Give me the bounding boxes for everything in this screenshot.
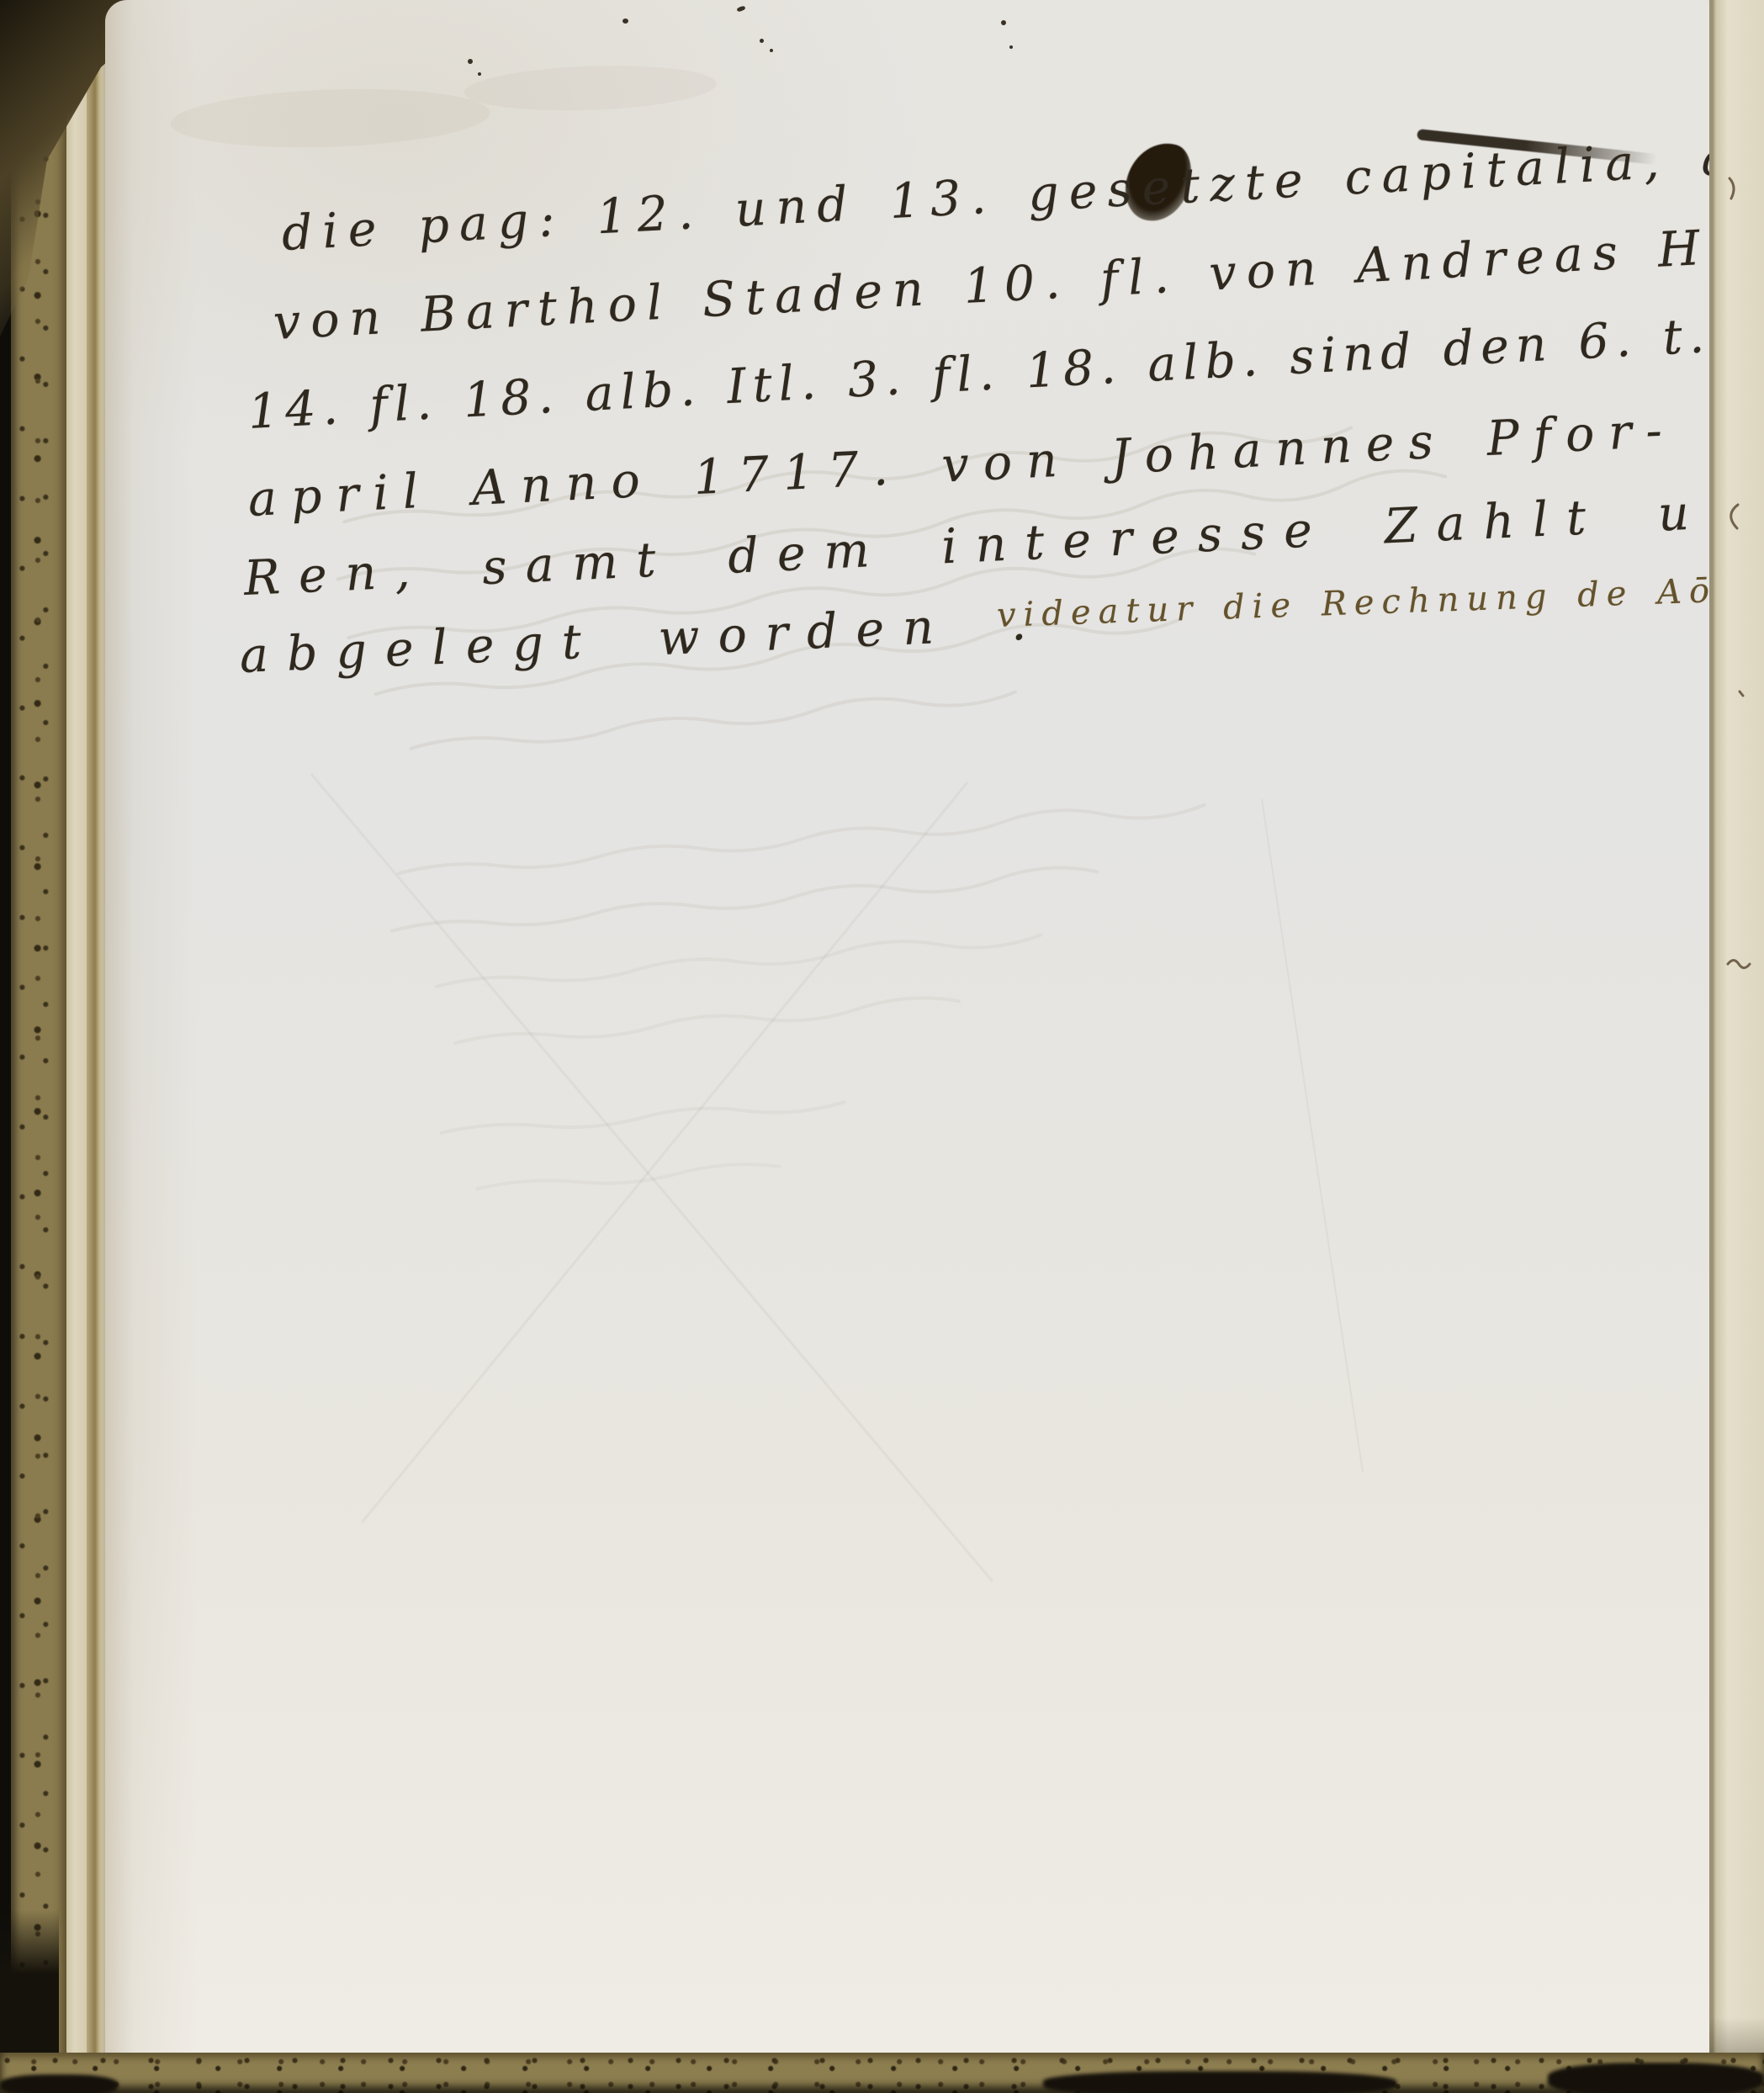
- adjacent-page-edge: [1709, 0, 1764, 2093]
- ink-speck: [468, 59, 473, 64]
- cover-stain: [0, 2074, 118, 2093]
- manuscript-scan: die pag: 12. und 13. gesetzte capitalia,…: [0, 0, 1764, 2093]
- ink-speck: [622, 19, 628, 24]
- cover-bottom-edge: [0, 2053, 1764, 2093]
- edge-pen-marks: [1709, 0, 1764, 2093]
- cover-stain: [1548, 2063, 1764, 2093]
- ink-speck: [1009, 45, 1013, 49]
- ink-speck: [770, 49, 773, 52]
- cover-stain: [1043, 2071, 1396, 2093]
- ink-speck: [478, 72, 481, 76]
- ink-speck: [760, 39, 764, 43]
- ink-speck: [1001, 20, 1006, 25]
